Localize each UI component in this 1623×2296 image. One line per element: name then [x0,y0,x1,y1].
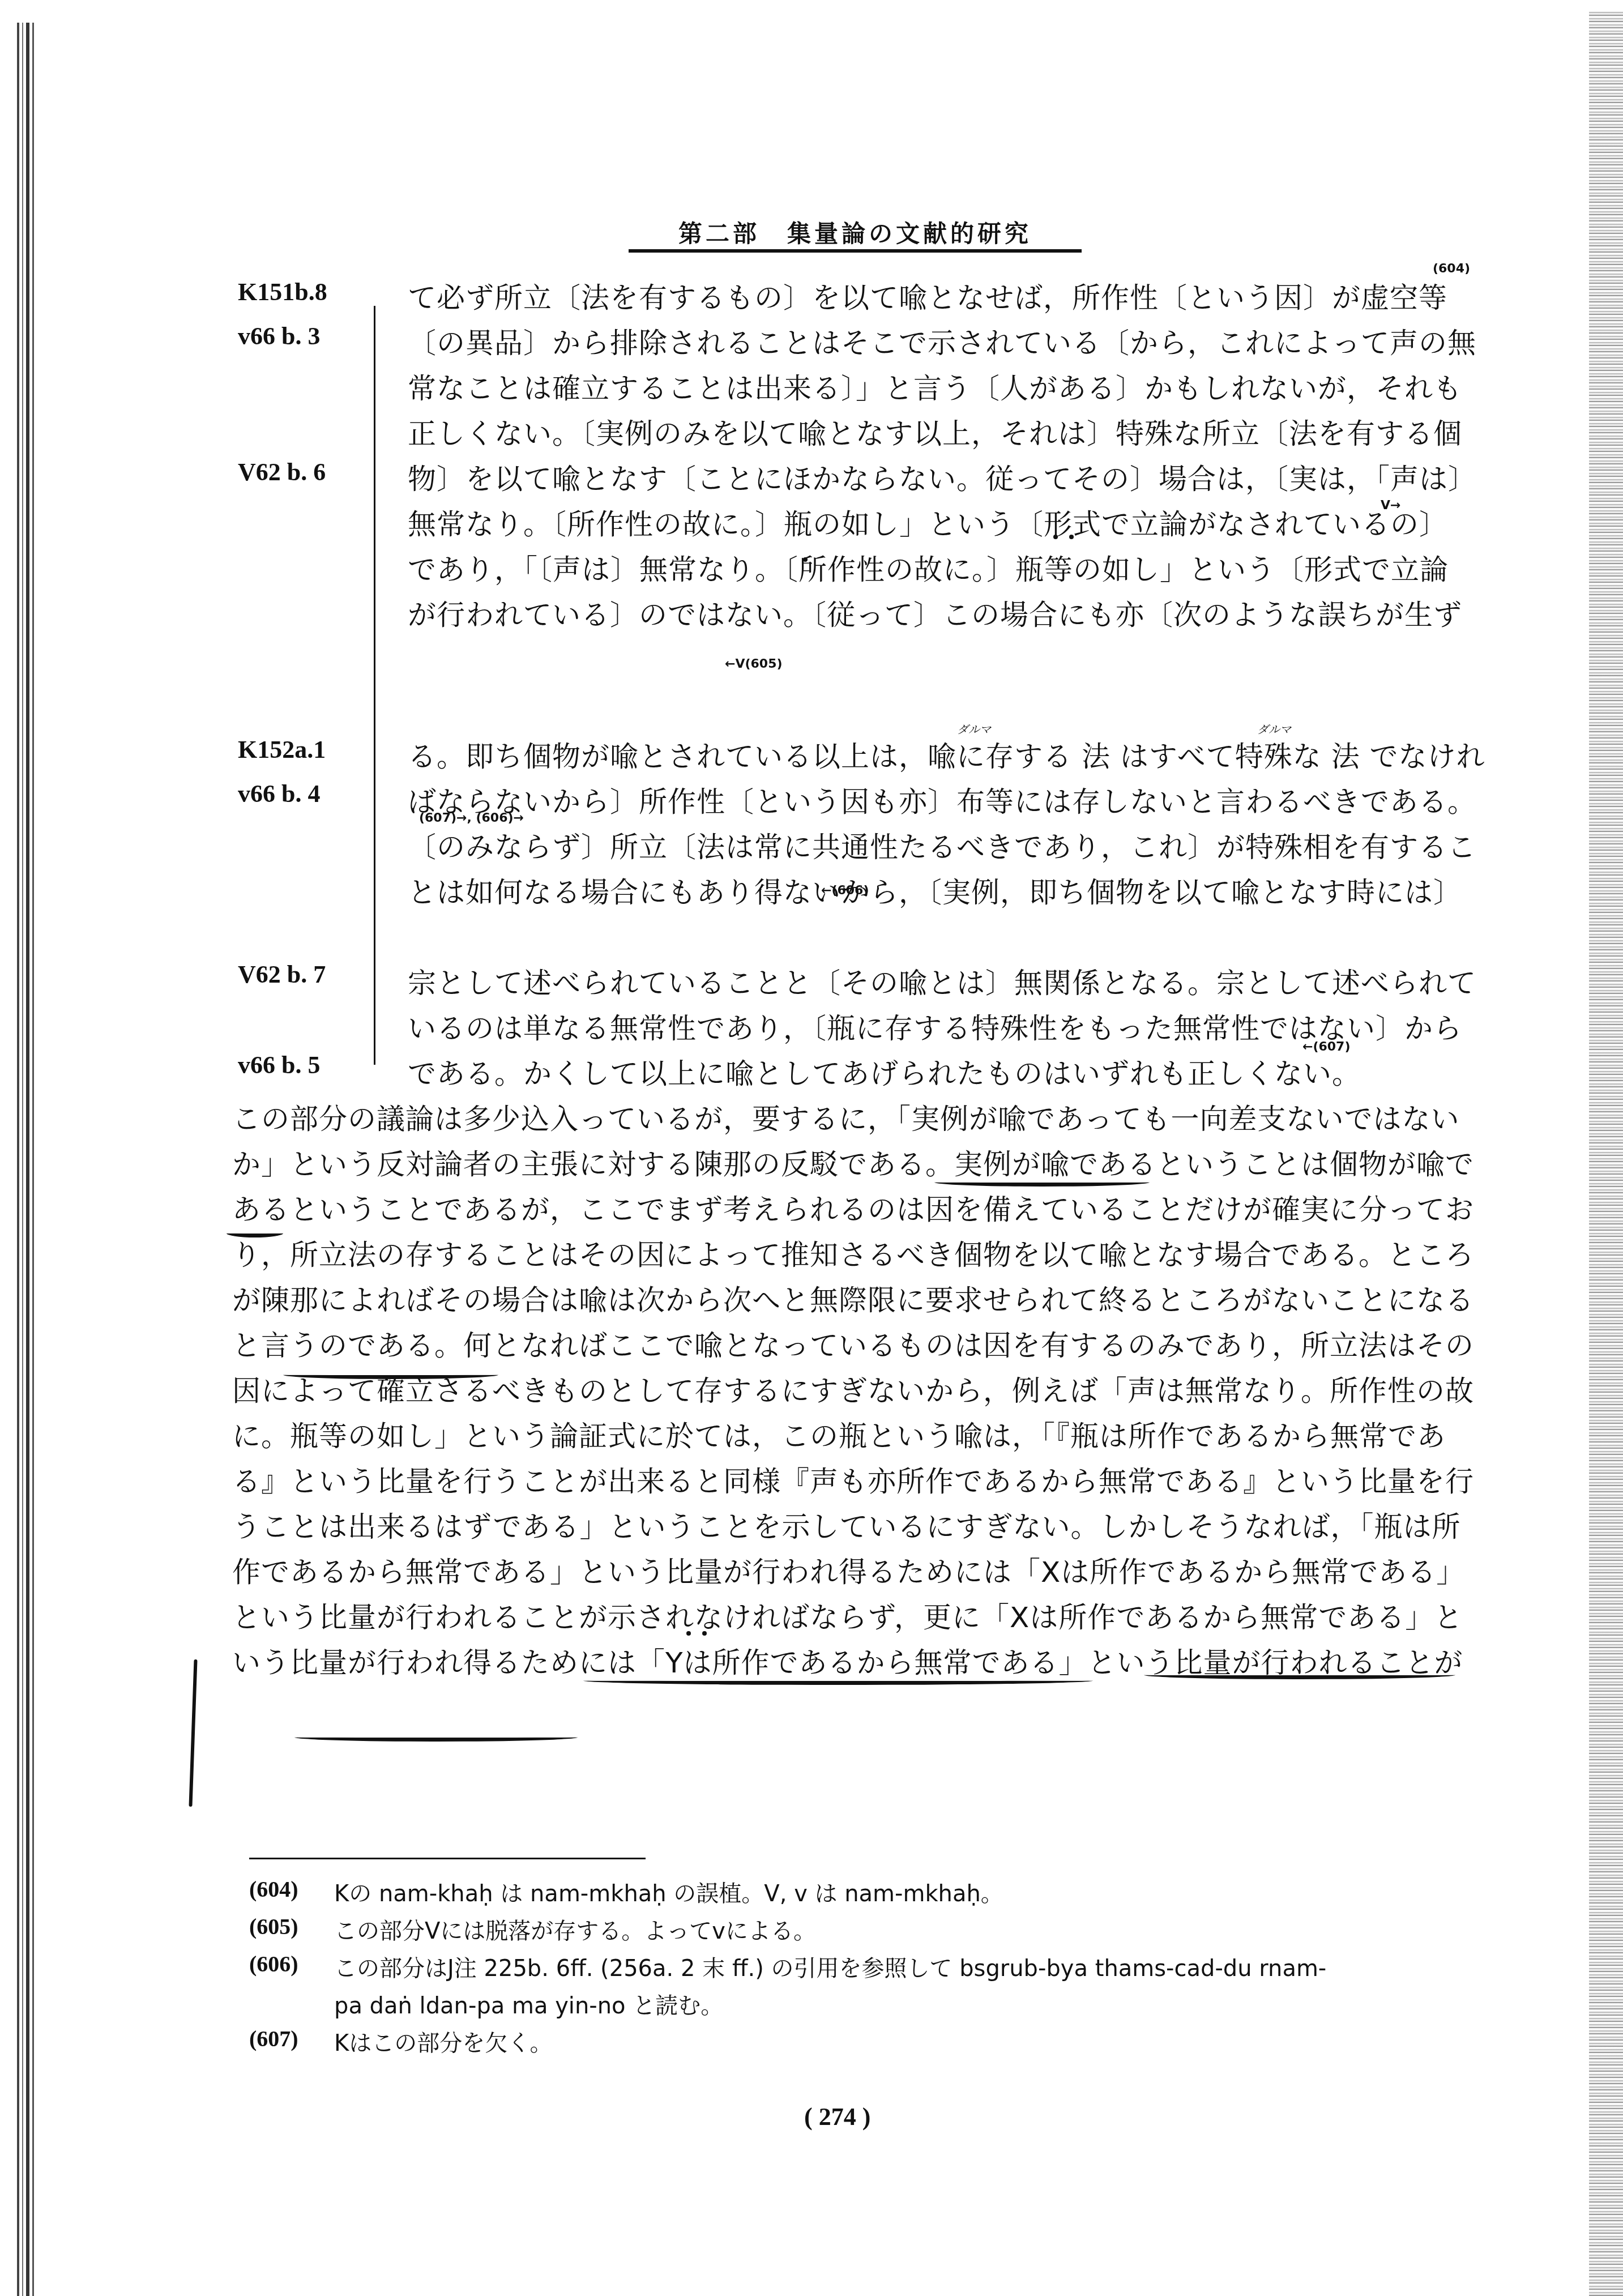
header-rule [629,249,1082,253]
translation-line: である。かくして以上に喩としてあげられたものはいずれも正しくない。 [408,1051,1461,1092]
translation-line: 宗として述べられていることと〔その喩とは〕無関係となる。宗として述べられて [408,961,1461,1001]
footnote-text: この部分Vには脱落が存する。よってvによる。 [334,1913,816,1945]
footnote-rule [249,1858,646,1859]
reference-divider [374,306,375,1065]
page-number: ( 274 ) [804,2102,870,2131]
footnote-marker-604: (604) [1433,262,1470,276]
scan-right-edge [1589,11,1623,2296]
footnote-marker-605: ←V(605) [725,657,783,671]
translation-line: て必ず所立〔法を有するもの〕を以て喩となせば，所作性〔という因〕が虚空等 [408,275,1461,316]
footnote-marker-606-end: ←(606) [821,884,869,898]
emphasis-dot [1069,535,1074,539]
commentary-line: が陳那によればその場合は喩は次から次へと無際限に要求せられて終るところがないこと… [232,1278,1461,1318]
folio-ref: v66 b. 3 [238,322,362,351]
commentary-line: に。瓶等の如し」という論証式に於ては，この瓶という喩は，「『瓶は所作であるから無… [232,1414,1461,1454]
variant-marker-v: V→ [1381,498,1400,513]
translation-line: る。即ち個物が喩とされている以上は，喩に存する 法 はすべて特殊な 法 でなけれ [408,734,1461,775]
commentary-line: る』という比量を行うことが出来ると同様『声も亦所作であるから無常である』という比… [232,1459,1461,1500]
handwritten-margin-bar [189,1659,197,1807]
commentary-line: この部分の議論は多少込入っているが，要するに，「実例が喩であっても一向差支ないで… [232,1096,1461,1137]
commentary-line: 作であるから無常である」という比量が行われ得るためには「Xは所作であるから無常で… [232,1550,1461,1590]
footnote-text: Kの nam-khaḥ は nam-mkhaḥ の誤植。V, v は nam-m… [334,1876,1003,1908]
folio-ref: K151b.8 [238,278,362,306]
folio-ref: V62 b. 6 [238,458,362,486]
translation-line: であり，「〔声は〕無常なり。〔所作性の故に。〕瓶等の如し」という〔形式で立論 [408,547,1461,588]
translation-line: 正しくない。〔実例のみを以て喩となす以上，それは〕特殊な所立〔法を有する個 [408,411,1461,452]
translation-line: 〔のみならず〕所立〔法は常に共通性たるべきであり，これ〕が特殊相を有するこ [408,825,1461,865]
translation-line: 無常なり。〔所作性の故に。〕瓶の如し」という〔形式で立論がなされているの〕 [408,502,1461,543]
footnote-number: (607) [249,2025,298,2052]
footnote-text: Kはこの部分を欠く。 [334,2025,552,2058]
commentary-line: あるということであるが，ここでまず考えられるのは因を備えていることだけが確実に分… [232,1187,1461,1228]
ruby-dharma: ダルマ [957,720,991,737]
scan-binding-edge [17,23,41,2296]
translation-line: が行われている〕のではない。〔従って〕この場合にも亦〔次のような誤ちが生ず [408,592,1461,633]
emphasis-dot [686,1631,691,1636]
translation-line: 物〕を以て喩となす〔ことにほかならない。従ってその〕場合は，〔実は，「声は〕 [408,456,1461,497]
handwritten-underline [227,1229,283,1237]
commentary-line: と言うのである。何となればここで喩となっているものは因を有するのみであり，所立法… [232,1323,1461,1364]
emphasis-dot [803,557,808,562]
commentary-line: り，所立法の存することはその因によって推知さるべき個物を以て喩となす場合である。… [232,1232,1461,1273]
folio-ref: v66 b. 5 [238,1051,362,1079]
handwritten-underline [1144,1671,1455,1679]
footnote-marker-607-606: (607)→, (606)→ [419,811,524,825]
footnote-text: この部分はJ注 225b. 6ff. (256a. 2 末 ff.) の引用を参… [334,1951,1326,1983]
handwritten-underline [294,1733,578,1742]
commentary-line: か」という反対論者の主張に対する陳那の反駁である。実例が喩であるということは個物… [232,1142,1461,1183]
footnote-number: (605) [249,1913,298,1940]
translation-line: ばならないから〕所作性〔という因も亦〕布等には存しないと言わるべきである。 [408,779,1461,820]
commentary-line: という比量が行われることが示されなければならず，更に「Xは所作であるから無常であ… [232,1595,1461,1636]
handwritten-underline [283,1371,498,1379]
ruby-dharma: ダルマ [1257,720,1291,737]
footnote-text: pa daṅ ldan-pa ma yin-no と読む。 [334,1988,723,2020]
folio-ref: V62 b. 7 [238,960,362,989]
footnote-marker-607-end: ←(607) [1302,1040,1350,1054]
translation-line: とは如何なる場合にもあり得ないから，〔実例，即ち個物を以て喩となす時には〕 [408,870,1461,911]
folio-ref: K152a.1 [238,735,362,764]
emphasis-dot [1053,535,1058,539]
handwritten-underline [934,1178,1150,1187]
footnote-number: (606) [249,1951,298,1977]
running-header: 第二部 集量論の文献的研究 [634,215,1076,249]
emphasis-dot [702,1631,707,1636]
translation-line: 常なことは確立することは出来る〕」と言う〔人がある〕かもしれないが，それも [408,366,1461,407]
folio-ref: v66 b. 4 [238,779,362,808]
handwritten-underline [583,1676,1093,1685]
footnote-number: (604) [249,1876,298,1902]
commentary-line: うことは出来るはずである」ということを示しているにすぎない。しかしそうなれば，「… [232,1504,1461,1545]
translation-line: 〔の異品〕から排除されることはそこで示されている〔から，これによって声の無 [408,321,1461,361]
